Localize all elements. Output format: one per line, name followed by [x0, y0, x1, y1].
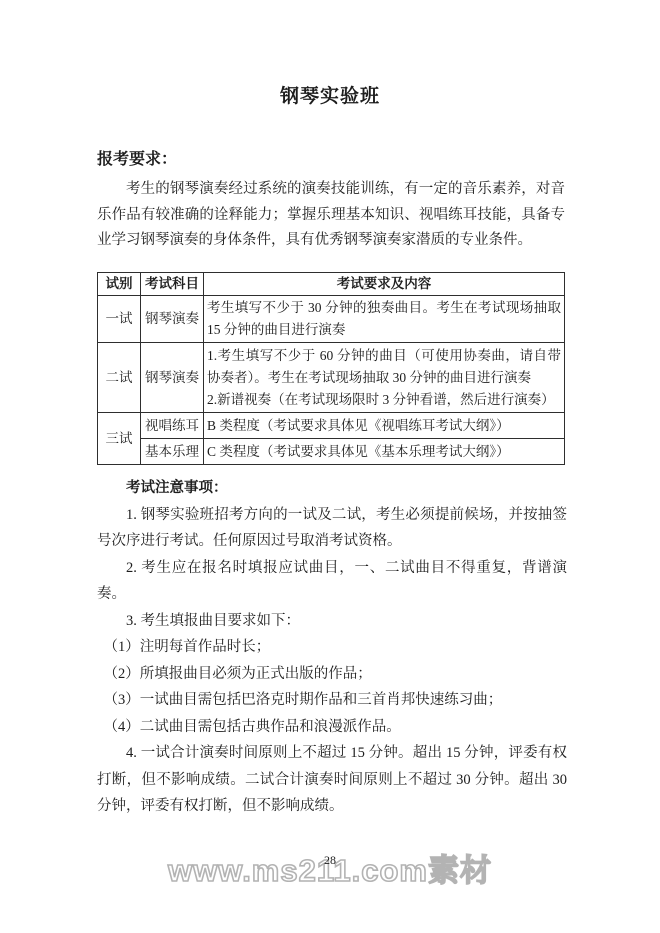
round-cell: 一试: [98, 296, 141, 343]
note-subitem-1: （1）注明每首作品时长；: [97, 634, 567, 661]
note-item-4: 4. 一试合计演奏时间原则上不超过 15 分钟。超出 15 分钟，评委有权打断，…: [97, 740, 567, 820]
requirements-paragraph: 考生的钢琴演奏经过系统的演奏技能训练，有一定的音乐素养，对音乐作品有较准确的诠释…: [97, 177, 565, 254]
note-subitem-3: （3）一试曲目需包括巴洛克时期作品和三首肖邦快速练习曲；: [97, 687, 567, 714]
note-item-1: 1. 钢琴实验班招考方向的一试及二试，考生必须提前候场，并按抽签号次序进行考试。…: [97, 502, 567, 555]
note-subitem-4: （4）二试曲目需包括古典作品和浪漫派作品。: [97, 714, 567, 741]
subject-cell: 基本乐理: [141, 439, 204, 465]
table-row-round1: 一试 钢琴演奏 考生填写不少于 30 分钟的独奏曲目。考生在考试现场抽取 15 …: [98, 296, 565, 343]
content-cell: B 类程度（考试要求具体见《视唱练耳考试大纲》）: [204, 413, 565, 439]
note-item-2: 2. 考生应在报名时填报应试曲目，一、二试曲目不得重复，背谱演奏。: [97, 555, 567, 608]
document-title: 钢琴实验班: [0, 81, 660, 108]
table-row-round3-ear: 三试 视唱练耳 B 类程度（考试要求具体见《视唱练耳考试大纲》）: [98, 413, 565, 439]
content-cell: 考生填写不少于 30 分钟的独奏曲目。考生在考试现场抽取 15 分钟的曲目进行演…: [204, 296, 565, 343]
page-number: 28: [0, 853, 660, 868]
note-item-3: 3. 考生填报曲目要求如下：: [97, 608, 567, 635]
document-page: 钢琴实验班 报考要求： 考生的钢琴演奏经过系统的演奏技能训练，有一定的音乐素养，…: [0, 0, 660, 933]
column-header-content: 考试要求及内容: [204, 273, 565, 296]
table-row-round3-theory: 基本乐理 C 类程度（考试要求具体见《基本乐理考试大纲》）: [98, 439, 565, 465]
note-subitem-2: （2）所填报曲目必须为正式出版的作品；: [97, 661, 567, 688]
subject-cell: 视唱练耳: [141, 413, 204, 439]
column-header-subject: 考试科目: [141, 273, 204, 296]
column-header-round: 试别: [98, 273, 141, 296]
round-cell: 三试: [98, 413, 141, 465]
exam-requirements-table: 试别 考试科目 考试要求及内容 一试 钢琴演奏 考生填写不少于 30 分钟的独奏…: [97, 272, 565, 465]
requirements-heading: 报考要求：: [97, 146, 177, 169]
subject-cell: 钢琴演奏: [141, 296, 204, 343]
table-header-row: 试别 考试科目 考试要求及内容: [98, 273, 565, 296]
table-row-round2: 二试 钢琴演奏 1.考生填写不少于 60 分钟的曲目（可使用协奏曲，请自带协奏者…: [98, 343, 565, 413]
content-line-1: 1.考生填写不少于 60 分钟的曲目（可使用协奏曲，请自带协奏者）。考生在考试现…: [207, 345, 561, 389]
content-cell: 1.考生填写不少于 60 分钟的曲目（可使用协奏曲，请自带协奏者）。考生在考试现…: [204, 343, 565, 413]
content-line-2: 2.新谱视奏（在考试现场限时 3 分钟看谱，然后进行演奏）: [207, 389, 561, 411]
round-cell: 二试: [98, 343, 141, 413]
exam-notes: 考试注意事项： 1. 钢琴实验班招考方向的一试及二试，考生必须提前候场，并按抽签…: [97, 475, 567, 820]
notes-heading: 考试注意事项：: [97, 475, 567, 502]
content-cell: C 类程度（考试要求具体见《基本乐理考试大纲》）: [204, 439, 565, 465]
subject-cell: 钢琴演奏: [141, 343, 204, 413]
